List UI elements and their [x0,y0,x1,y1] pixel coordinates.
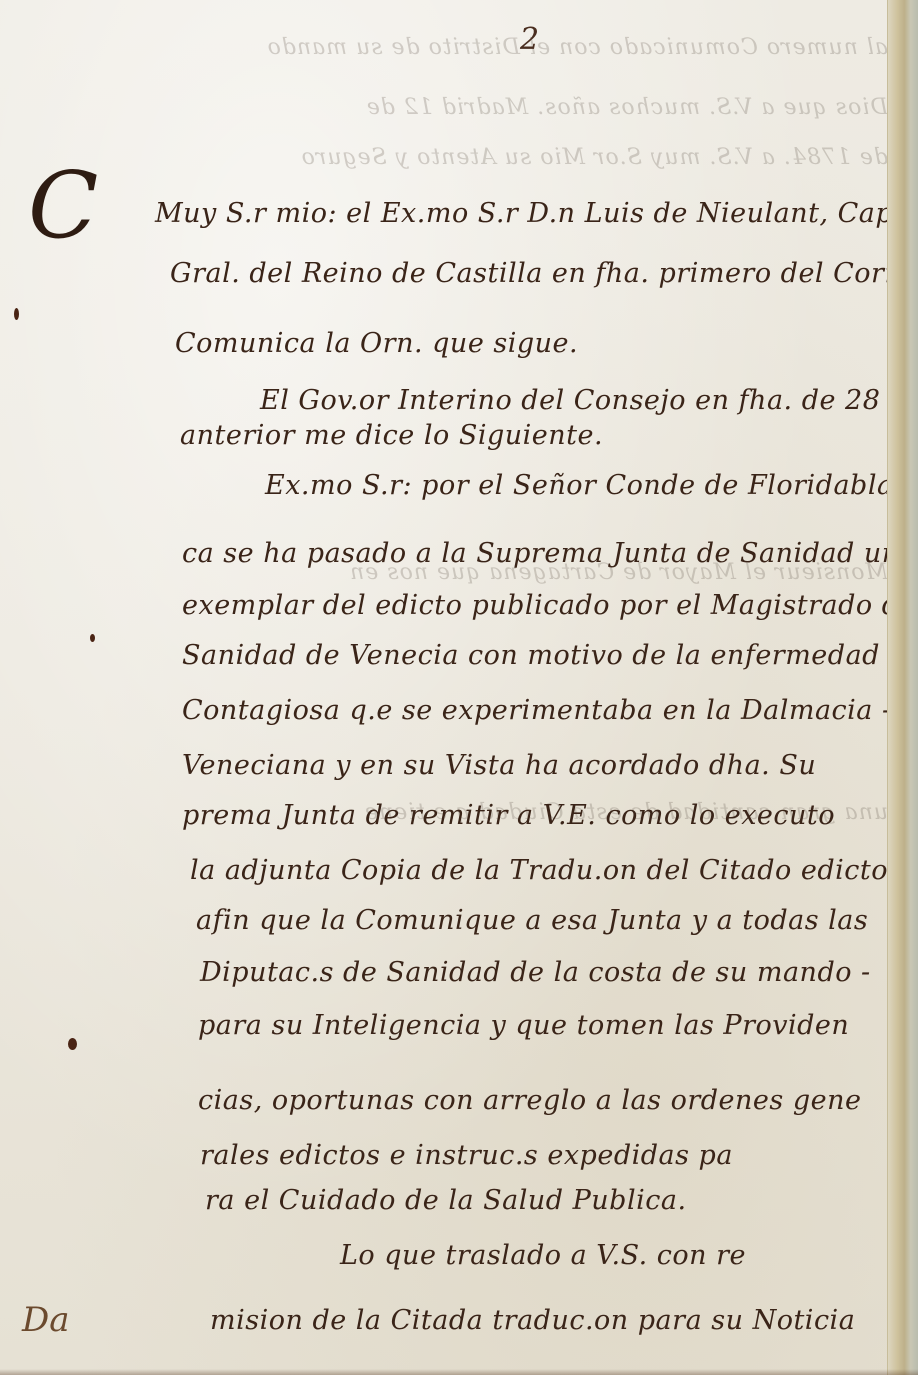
margin-mark: Da [22,1300,70,1340]
manuscript-line: Muy S.r mio: el Ex.mo S.r D.n Luis de Ni… [155,198,918,229]
manuscript-line: Contagiosa q.e se experimentaba en la Da… [182,695,892,726]
ink-blot [14,308,19,320]
manuscript-line: la adjunta Copia de la Tradu.on del Cita… [190,855,888,886]
page-edge [887,0,918,1375]
manuscript-line: afin que la Comunique a esa Junta y a to… [196,905,868,936]
ink-blot [68,1038,77,1050]
manuscript-line: Gral. del Reino de Castilla en fha. prim… [170,258,918,289]
initial-letter: C [28,160,98,252]
bleed-through-line: al numero Comunicado con el Distrito de … [0,35,888,60]
manuscript-line: rales edictos e instruc.s expedidas pa [200,1140,733,1171]
manuscript-line: Veneciana y en su Vista ha acordado dha.… [182,750,816,781]
page-bottom-edge [0,1369,918,1375]
manuscript-line: Sanidad de Venecia con motivo de la enfe… [182,640,899,671]
manuscript-line: prema Junta de remitir a V.E. como lo ex… [182,800,835,831]
bleed-through-line: Dios que a V.S. muchos años. Madrid 12 d… [0,95,888,120]
manuscript-line: exemplar del edicto publicado por el Mag… [182,590,916,621]
manuscript-line: Lo que traslado a V.S. con re [340,1240,746,1271]
manuscript-line: mision de la Citada traduc.on para su No… [210,1305,855,1336]
manuscript-line: cias, oportunas con arreglo a las ordene… [198,1085,861,1116]
manuscript-line: Ex.mo S.r: por el Señor Conde de Florida… [265,470,911,501]
manuscript-line: anterior me dice lo Siguiente. [180,420,603,451]
page-number: 2 [520,22,539,57]
manuscript-line: ra el Cuidado de la Salud Publica. [205,1185,687,1216]
bleed-through-line: de 1784. a V.S. muy S.or Mio su Atento y… [0,145,888,170]
manuscript-page: al numero Comunicado con el Distrito de … [0,0,918,1375]
ink-blot [90,634,95,642]
manuscript-line: para su Inteligencia y que tomen las Pro… [198,1010,849,1041]
manuscript-line: ca se ha pasado a la Suprema Junta de Sa… [182,538,900,569]
manuscript-line: El Gov.or Interino del Consejo en fha. d… [260,385,918,416]
manuscript-line: Comunica la Orn. que sigue. [175,328,578,359]
manuscript-line: Diputac.s de Sanidad de la costa de su m… [200,957,871,988]
